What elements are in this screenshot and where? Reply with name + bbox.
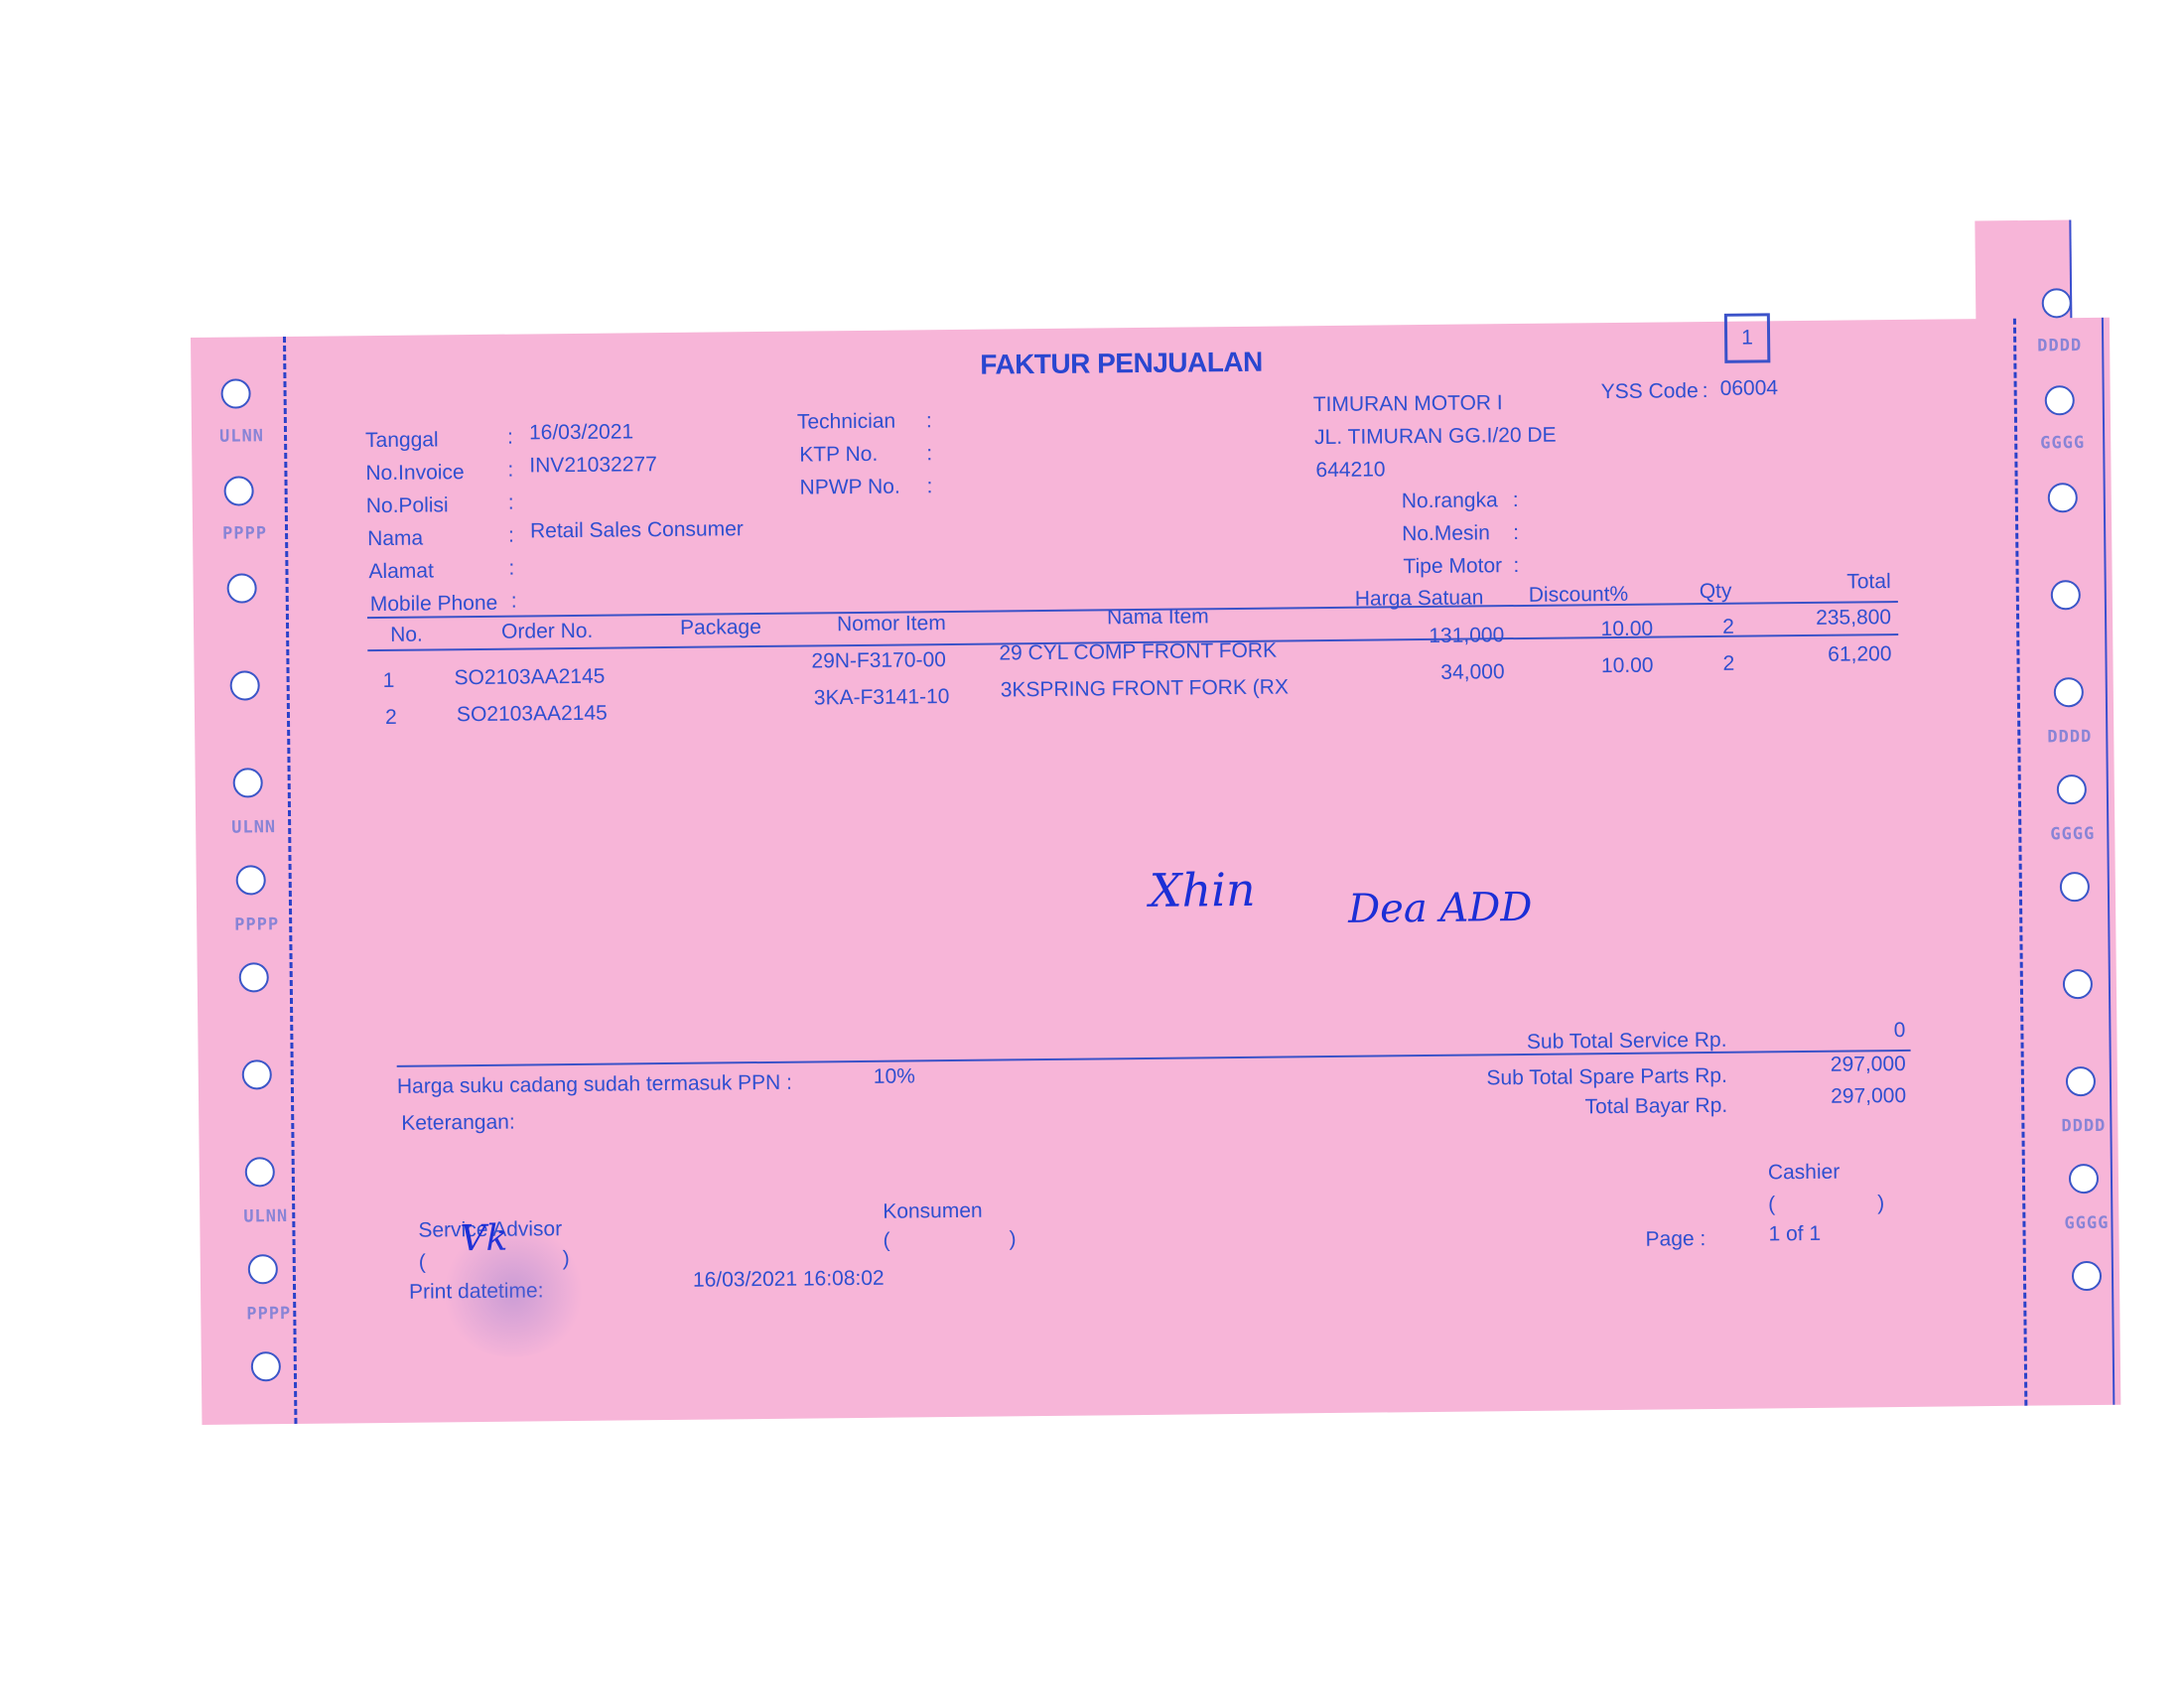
- invoice-paper: ULNN PPPP ULNN PPPP ULNN PPPP DDDD GGGG …: [191, 318, 2120, 1425]
- row1-discount: 10.00: [1534, 618, 1653, 642]
- colon: :: [508, 492, 514, 515]
- tipe-label: Tipe Motor: [1403, 554, 1502, 579]
- konsumen-close-paren: ): [1009, 1227, 1016, 1251]
- tractor-hole-icon: [226, 573, 256, 603]
- colon: :: [926, 442, 932, 466]
- tractor-hole-icon: [2048, 483, 2078, 512]
- row2-order-no: SO2103AA2145: [457, 702, 608, 728]
- nama-label: Nama: [367, 527, 423, 552]
- tractor-hole-icon: [220, 378, 250, 408]
- print-datetime-value: 16/03/2021 16:08:02: [693, 1267, 885, 1293]
- tractor-hole-icon: [233, 768, 263, 797]
- total-bayar-value: 297,000: [1787, 1084, 1906, 1109]
- tractor-hole-icon: [239, 962, 269, 992]
- row2-nomor-item: 3KA-F3141-10: [814, 685, 950, 710]
- colon: :: [511, 590, 517, 614]
- konsumen-open-paren: (: [883, 1229, 889, 1253]
- subtotal-service-value: 0: [1806, 1019, 1905, 1044]
- tractor-hole-icon: [2051, 580, 2081, 610]
- dealer-address-line2: 644210: [1315, 458, 1385, 483]
- paper-right-edge: [2102, 318, 2115, 1405]
- tractor-hole-icon: [2072, 1261, 2102, 1291]
- ktp-label: KTP No.: [799, 443, 878, 468]
- margin-code: PPPP: [222, 523, 267, 543]
- nama-value: Retail Sales Consumer: [530, 517, 744, 543]
- colon: :: [926, 409, 932, 433]
- col-header-harga-satuan: Harga Satuan: [1355, 586, 1484, 611]
- margin-code: DDDD: [2061, 1116, 2106, 1136]
- col-header-order-no: Order No.: [501, 620, 593, 644]
- row2-total: 61,200: [1782, 642, 1891, 667]
- margin-code: DDDD: [2047, 727, 2092, 747]
- margin-code: DDDD: [2037, 336, 2082, 355]
- margin-code: GGGG: [2050, 824, 2095, 844]
- ink-smudge: [438, 1227, 588, 1358]
- tractor-hole-icon: [2069, 1164, 2099, 1194]
- konsumen-label: Konsumen: [883, 1199, 983, 1224]
- margin-code: GGGG: [2064, 1213, 2109, 1233]
- row1-nomor-item: 29N-F3170-00: [811, 648, 946, 673]
- tractor-hole-icon: [2063, 969, 2093, 999]
- ppn-label: Harga suku cadang sudah termasuk PPN :: [397, 1071, 792, 1099]
- tractor-hole-icon: [2057, 774, 2087, 804]
- alamat-label: Alamat: [368, 559, 434, 584]
- margin-code: ULNN: [219, 426, 264, 446]
- tractor-hole-icon: [245, 1157, 275, 1187]
- page-value: 1 of 1: [1768, 1222, 1821, 1247]
- total-bayar-label: Total Bayar Rp.: [1410, 1094, 1727, 1121]
- npwp-label: NPWP No.: [799, 476, 899, 500]
- colon: :: [508, 557, 514, 581]
- dealer-name: TIMURAN MOTOR I: [1313, 391, 1503, 417]
- row1-no: 1: [383, 669, 395, 693]
- col-header-no: No.: [390, 624, 423, 647]
- right-perforation-line: [2013, 319, 2027, 1406]
- colon: :: [1513, 521, 1519, 545]
- row2-nama-item: 3KSPRING FRONT FORK (RX: [1001, 675, 1289, 702]
- row2-qty: 2: [1722, 652, 1734, 676]
- colon: :: [507, 459, 513, 483]
- tanggal-value: 16/03/2021: [529, 420, 633, 445]
- col-header-qty: Qty: [1700, 580, 1732, 604]
- handwritten-note: Dea ADD: [1348, 885, 1533, 932]
- mobile-label: Mobile Phone: [370, 592, 498, 617]
- invoice-value: INV21032277: [529, 453, 657, 478]
- yss-value: 06004: [1720, 376, 1779, 401]
- tractor-hole-icon: [236, 865, 266, 895]
- tractor-hole-icon: [2060, 872, 2090, 902]
- row2-no: 2: [385, 706, 397, 730]
- tractor-hole-icon: [251, 1351, 281, 1381]
- colon: :: [926, 475, 932, 498]
- margin-code: ULNN: [231, 817, 276, 837]
- col-header-nama-item: Nama Item: [1107, 605, 1209, 630]
- row1-order-no: SO2103AA2145: [454, 665, 605, 691]
- row1-harga-satuan: 131,000: [1365, 624, 1504, 648]
- margin-code: PPPP: [246, 1304, 291, 1324]
- col-header-package: Package: [680, 616, 761, 640]
- tractor-hole-icon: [2042, 288, 2072, 318]
- colon: :: [1513, 489, 1519, 512]
- margin-code: ULNN: [243, 1206, 288, 1226]
- subtotal-parts-value: 297,000: [1787, 1053, 1906, 1077]
- colon: :: [507, 426, 513, 450]
- ppn-value: 10%: [874, 1064, 915, 1088]
- tractor-hole-icon: [223, 476, 253, 505]
- copy-number-box: 1: [1724, 313, 1771, 362]
- col-header-total: Total: [1822, 570, 1891, 595]
- polisi-label: No.Polisi: [366, 493, 449, 518]
- cashier-close-paren: ): [1877, 1192, 1884, 1215]
- row1-qty: 2: [1722, 616, 1734, 639]
- tractor-hole-icon: [242, 1059, 272, 1089]
- row1-total: 235,800: [1782, 606, 1891, 631]
- col-header-discount: Discount%: [1529, 583, 1629, 608]
- margin-code: GGGG: [2040, 433, 2085, 453]
- tractor-hole-icon: [2054, 677, 2084, 707]
- tractor-hole-icon: [230, 670, 260, 700]
- keterangan-label: Keterangan:: [401, 1111, 515, 1136]
- copy-number: 1: [1741, 327, 1753, 351]
- tanggal-label: Tanggal: [365, 428, 439, 453]
- colon: :: [1513, 554, 1519, 578]
- rangka-label: No.rangka: [1402, 489, 1498, 513]
- technician-label: Technician: [797, 410, 895, 435]
- tractor-hole-icon: [2066, 1066, 2096, 1096]
- service-advisor-open-paren: (: [419, 1251, 426, 1275]
- row2-harga-satuan: 34,000: [1365, 660, 1504, 685]
- cashier-label: Cashier: [1768, 1161, 1841, 1186]
- page-label: Page :: [1645, 1227, 1706, 1252]
- subtotal-parts-label: Sub Total Spare Parts Rp.: [1370, 1064, 1727, 1092]
- invoice-label: No.Invoice: [365, 461, 464, 486]
- tractor-hole-icon: [248, 1254, 278, 1284]
- tractor-hole-icon: [2045, 385, 2075, 415]
- yss-label: YSS Code: [1601, 379, 1699, 404]
- row1-nama-item: 29 CYL COMP FRONT FORK: [999, 639, 1277, 666]
- mesin-label: No.Mesin: [1402, 521, 1490, 546]
- colon: :: [508, 524, 514, 548]
- handwritten-signature: Xhin: [1150, 863, 1256, 917]
- margin-code: PPPP: [234, 914, 279, 934]
- cashier-open-paren: (: [1768, 1193, 1775, 1216]
- dealer-address-line1: JL. TIMURAN GG.I/20 DE: [1314, 424, 1557, 451]
- colon: :: [1703, 379, 1708, 403]
- col-header-nomor-item: Nomor Item: [837, 612, 946, 636]
- document-title: FAKTUR PENJUALAN: [980, 347, 1263, 381]
- subtotal-service-label: Sub Total Service Rp.: [1409, 1029, 1726, 1055]
- left-perforation-line: [283, 337, 297, 1424]
- row2-discount: 10.00: [1534, 654, 1653, 679]
